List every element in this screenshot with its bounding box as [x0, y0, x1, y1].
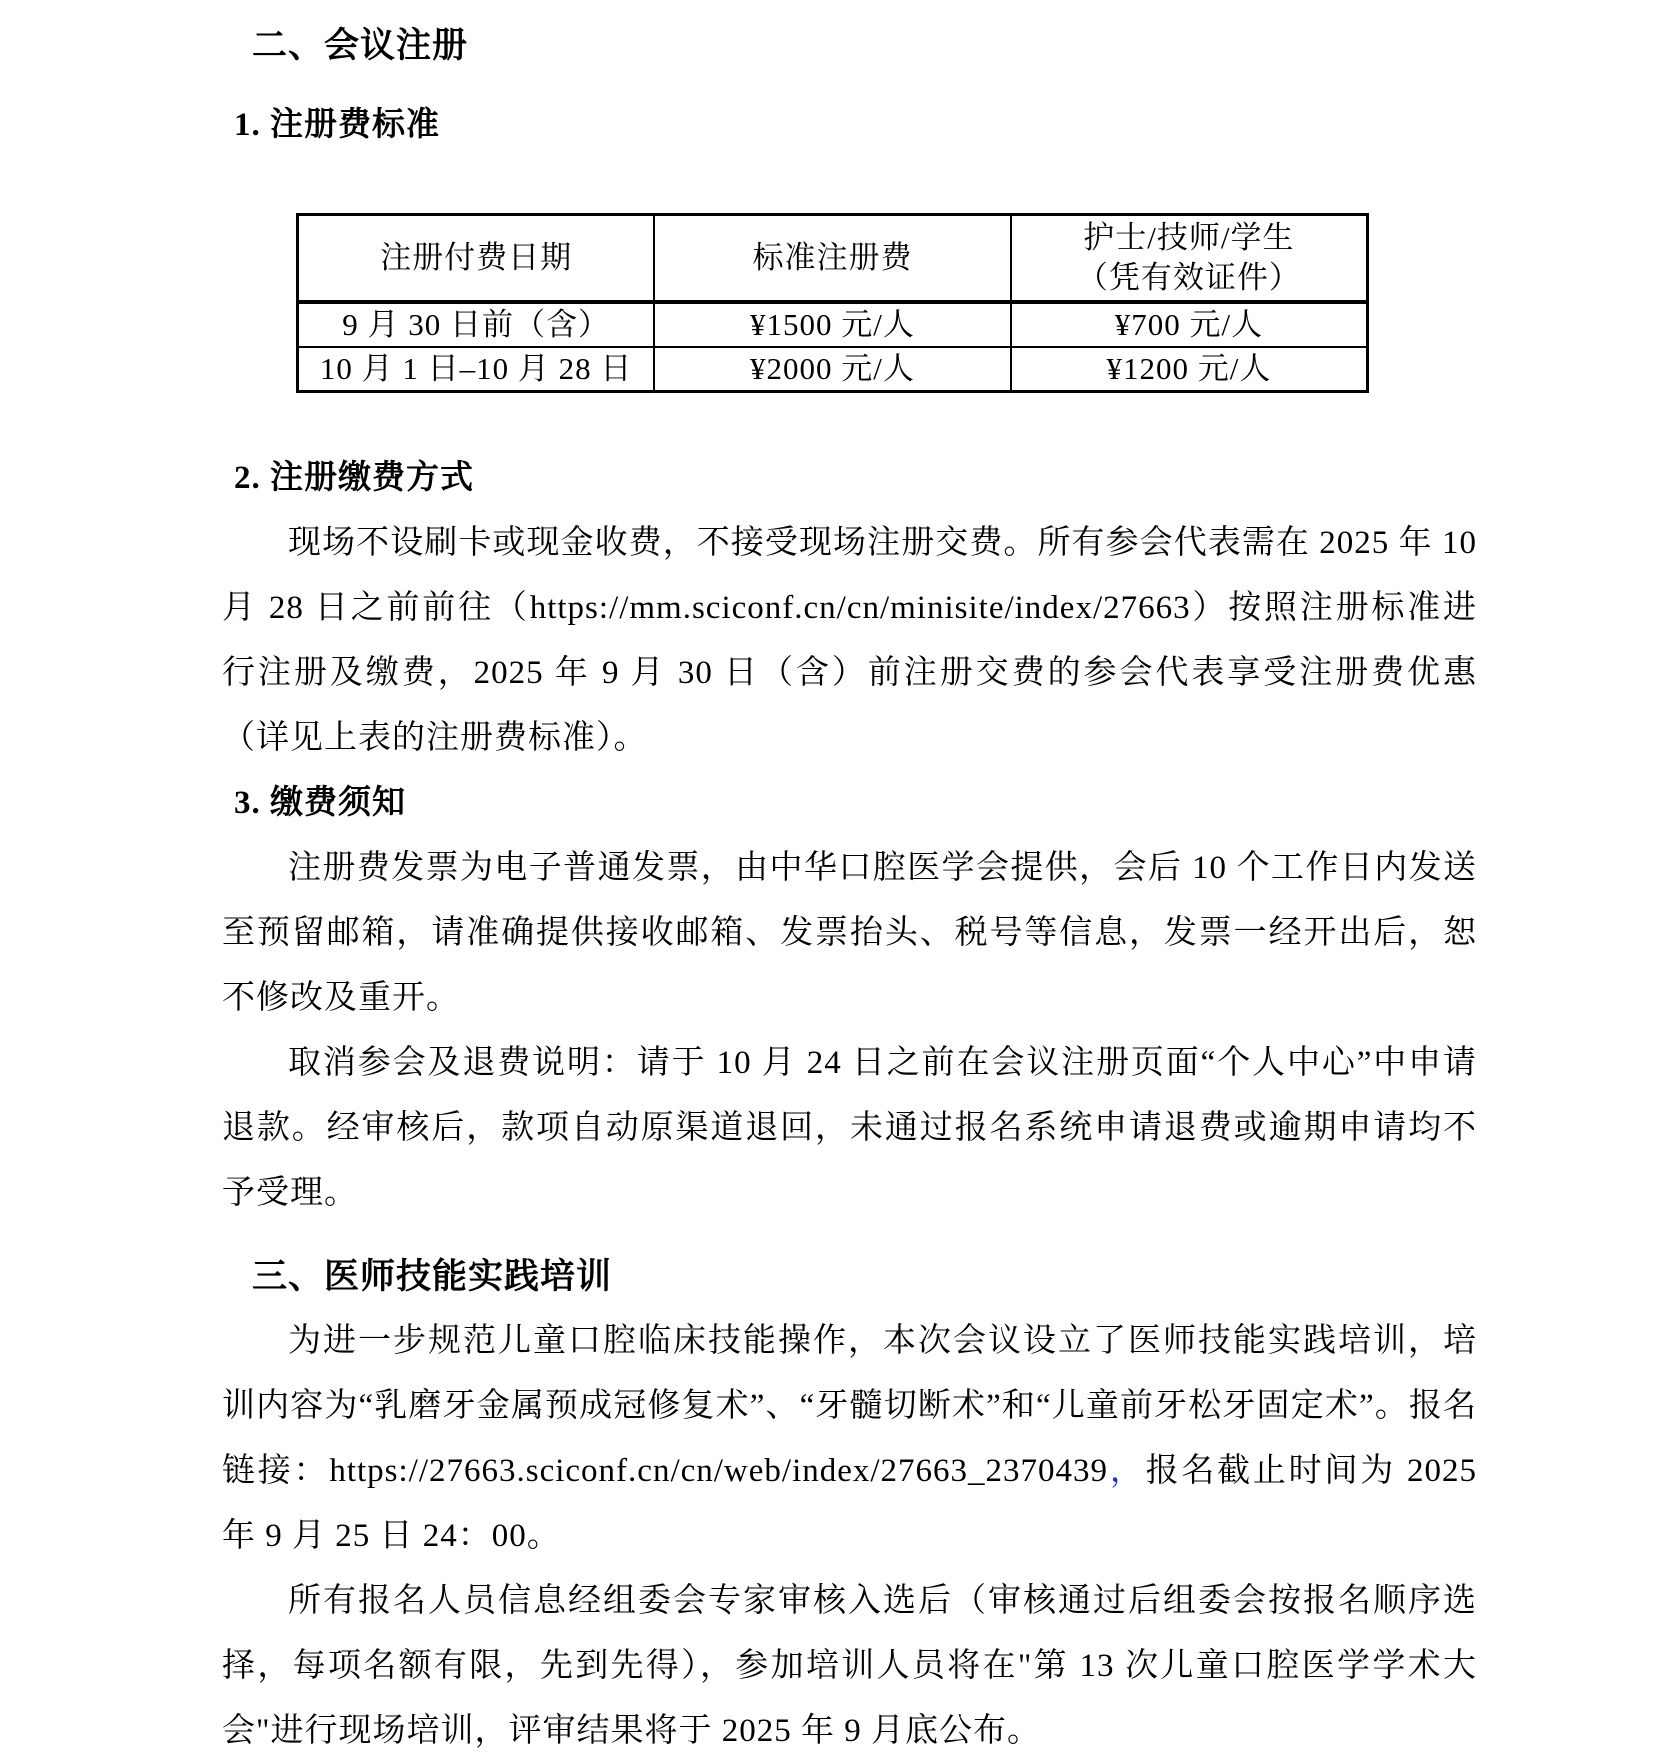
registration-site-link[interactable]: https://mm.sciconf.cn/cn/minisite/index/… — [530, 590, 1191, 626]
fee-cell-standard: ¥2000 元/人 — [654, 347, 1011, 392]
fee-table-header-nurse-student: 护士/技师/学生 （凭有效证件） — [1011, 215, 1368, 303]
fee-cell-standard: ¥1500 元/人 — [654, 302, 1011, 347]
training-link-comma: ， — [1108, 1453, 1146, 1489]
training-signup-link[interactable]: https://27663.sciconf.cn/cn/web/index/27… — [329, 1453, 1108, 1489]
fee-cell-discount: ¥1200 元/人 — [1011, 347, 1368, 392]
subheading-fee-standard: 1. 注册费标准 — [234, 93, 1477, 158]
fee-table-header-row: 注册付费日期 标准注册费 护士/技师/学生 （凭有效证件） — [298, 215, 1368, 303]
fee-table-row-early: 9 月 30 日前（含） ¥1500 元/人 ¥700 元/人 — [298, 302, 1368, 347]
fee-table-row-late: 10 月 1 日–10 月 28 日 ¥2000 元/人 ¥1200 元/人 — [298, 347, 1368, 392]
registration-fee-table: 注册付费日期 标准注册费 护士/技师/学生 （凭有效证件） 9 月 30 日前（… — [296, 213, 1369, 393]
fee-cell-discount: ¥700 元/人 — [1011, 302, 1368, 347]
paragraph-invoice-notes: 注册费发票为电子普通发票，由中华口腔医学会提供，会后 10 个工作日内发送至预留… — [222, 836, 1477, 1031]
fee-table-header-date: 注册付费日期 — [298, 215, 655, 303]
fee-cell-date: 10 月 1 日–10 月 28 日 — [298, 347, 655, 392]
subheading-payment-method: 2. 注册缴费方式 — [234, 446, 1477, 511]
paragraph-training-selection: 所有报名人员信息经组委会专家审核入选后（审核通过后组委会按报名顺序选择，每项名额… — [222, 1569, 1477, 1758]
document-page: 二、会议注册 1. 注册费标准 注册付费日期 标准注册费 护士/技师/学生 （凭… — [0, 0, 1654, 1758]
section-heading-training: 三、医师技能实践培训 — [252, 1244, 1477, 1309]
section-heading-registration: 二、会议注册 — [252, 13, 1477, 78]
fee-cell-date: 9 月 30 日前（含） — [298, 302, 655, 347]
fee-table-header-standard: 标准注册费 — [654, 215, 1011, 303]
paragraph-training-intro: 为进一步规范儿童口腔临床技能操作，本次会议设立了医师技能实践培训，培训内容为“乳… — [222, 1309, 1477, 1569]
paragraph-payment-method: 现场不设刷卡或现金收费，不接受现场注册交费。所有参会代表需在 2025 年 10… — [222, 511, 1477, 771]
paragraph-refund-notes: 取消参会及退费说明：请于 10 月 24 日之前在会议注册页面“个人中心”中申请… — [222, 1031, 1477, 1226]
subheading-payment-notes: 3. 缴费须知 — [234, 771, 1477, 836]
